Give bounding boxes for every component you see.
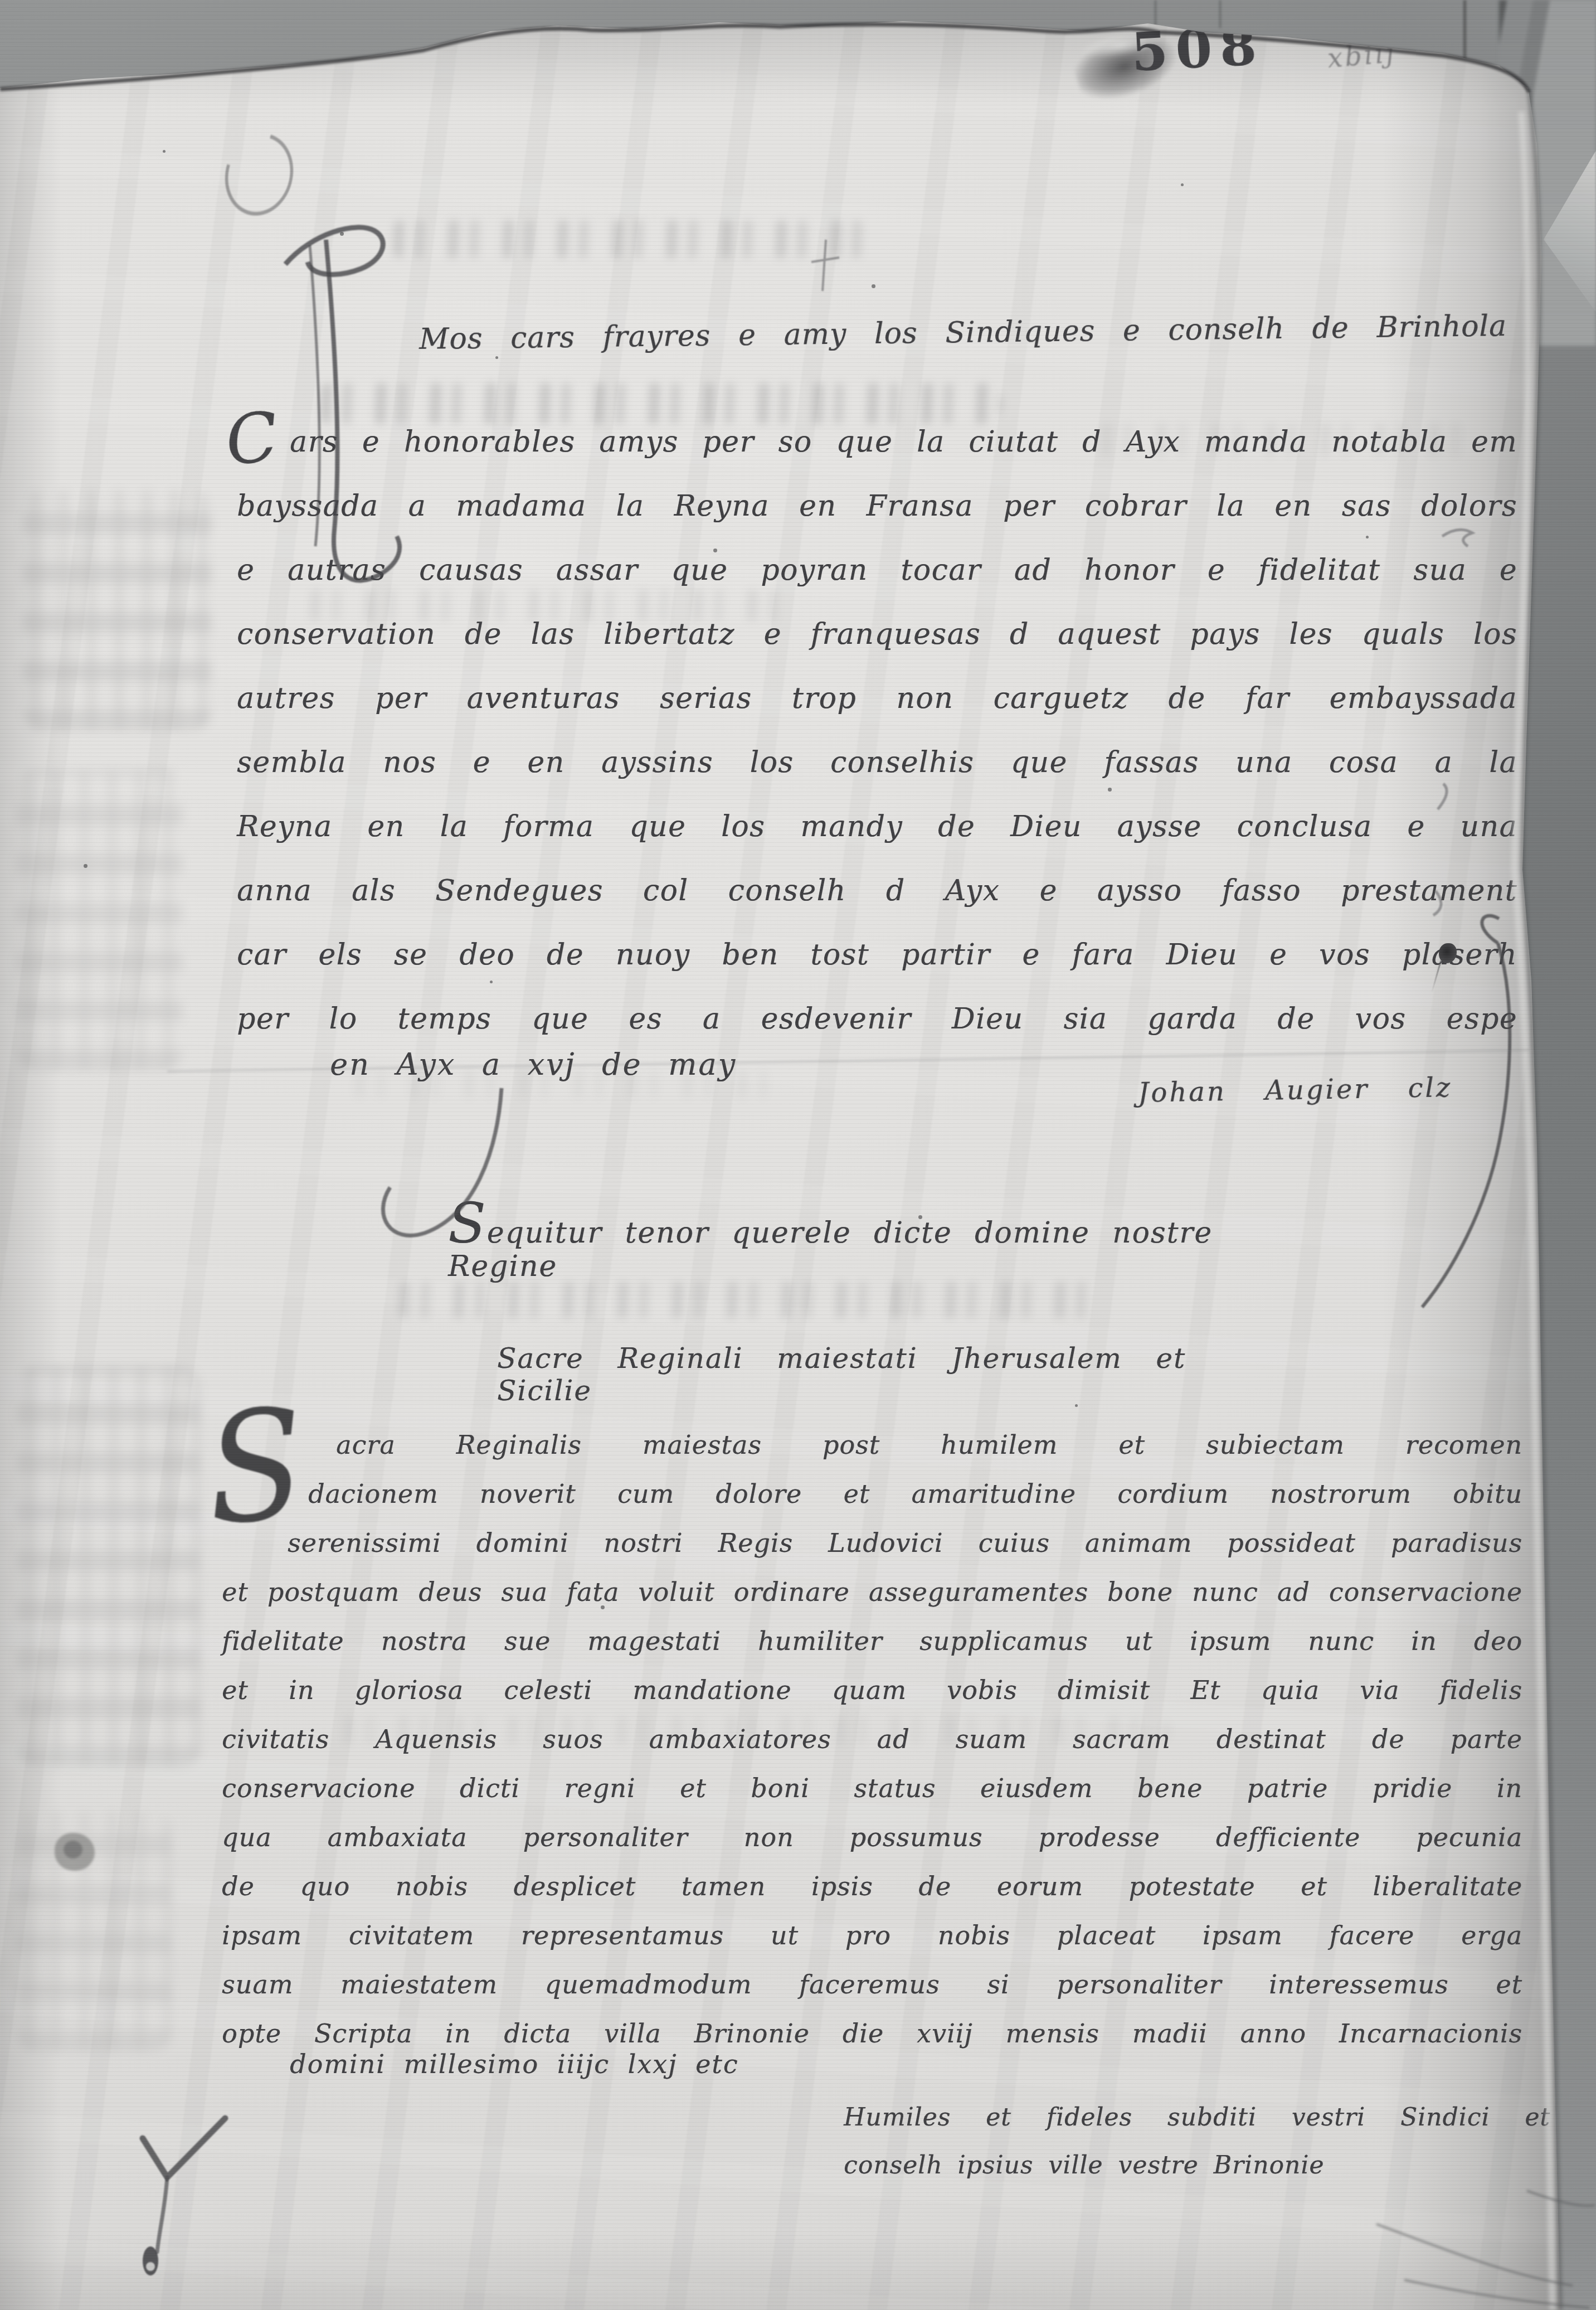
text-line: conservacione dicti regni et boni status… xyxy=(222,1764,1522,1813)
text-line: per lo temps que es a esdevenir Dieu sia… xyxy=(237,987,1517,1051)
text-line: serenissimi domini nostri Regis Ludovici… xyxy=(222,1518,1522,1567)
text-line: sembla nos e en ayssins los conselhis qu… xyxy=(237,731,1517,795)
text-line: autres per aventuras serias trop non car… xyxy=(237,667,1517,731)
ink-specks xyxy=(0,0,2,2)
bleed-through-mark xyxy=(385,221,875,258)
page-shading xyxy=(0,2232,1596,2310)
text-line: Reyna en la forma que los mandy de Dieu … xyxy=(237,795,1517,859)
bleed-through-mark xyxy=(390,1282,1103,1318)
text-line: et postquam deus sua fata voluit ordinar… xyxy=(222,1567,1522,1617)
text-line: bayssada a madama la Reyna en Fransa per… xyxy=(237,474,1517,538)
manuscript-page: 508 xbiij Mos cars frayres e amy los Sin… xyxy=(0,0,1596,2310)
occitan-paragraph: ars e honorables amys per so que la ciut… xyxy=(237,410,1517,1051)
text-line: car els se deo de nuoy ben tost partir e… xyxy=(237,923,1517,987)
rubric-heading: Sequitur tenor querele dicte domine nost… xyxy=(448,1216,1213,1283)
bleed-through-margin xyxy=(22,491,212,730)
text-line: suam maiestatem quemadmodum faceremus si… xyxy=(222,1960,1522,2009)
text-line: civitatis Aquensis suos ambaxiatores ad … xyxy=(222,1715,1522,1764)
text-line: e autras causas assar que poyran tocar a… xyxy=(237,538,1517,603)
manuscript-photo: 508 xbiij Mos cars frayres e amy los Sin… xyxy=(0,0,1596,2310)
latin-paragraph: acra Reginalis maiestas post humilem et … xyxy=(222,1420,1522,2058)
bleed-through-margin xyxy=(16,769,183,1070)
corner-folio-mark: xbiij xyxy=(1326,37,1398,75)
text-line: acra Reginalis maiestas post humilem et … xyxy=(222,1420,1522,1469)
closing-line: conselh ipsius ville vestre Brinonie xyxy=(844,2142,1440,2190)
text-line: de quo nobis desplicet tamen ipsis de eo… xyxy=(222,1862,1522,1911)
folio-number: 508 xyxy=(1130,16,1266,84)
text-line: et in gloriosa celesti mandatione quam v… xyxy=(222,1666,1522,1715)
text-line: qua ambaxiata personaliter non possumus … xyxy=(222,1813,1522,1862)
latin-heading: Sacre Reginali maiestati Jherusalem et S… xyxy=(497,1342,1186,1407)
closing-line: Humiles et fideles subditi vestri Sindic… xyxy=(844,2094,1550,2142)
dateline: en Ayx a xvj de may xyxy=(330,1047,737,1082)
text-line: ars e honorables amys per so que la ciut… xyxy=(237,410,1517,474)
text-line: ipsam civitatem representamus ut pro nob… xyxy=(222,1911,1522,1960)
text-line: dacionem noverit cum dolore et amaritudi… xyxy=(222,1469,1522,1518)
date-continuation-line: domini millesimo iiijc lxxj etc xyxy=(290,2049,814,2079)
text-line: conservation de las libertatz e franques… xyxy=(237,603,1517,667)
signature: Johan Augier clz xyxy=(1138,1072,1453,1109)
closing-block: Humiles et fideles subditi vestri Sindic… xyxy=(844,2094,1550,2190)
text-line: anna als Sendegues col conselh d Ayx e a… xyxy=(237,859,1517,923)
text-line: fidelitate nostra sue magestati humilite… xyxy=(222,1617,1522,1666)
ink-stain xyxy=(55,1833,95,1871)
bleed-through-margin xyxy=(17,1366,201,1767)
background-crease xyxy=(1219,0,1221,28)
